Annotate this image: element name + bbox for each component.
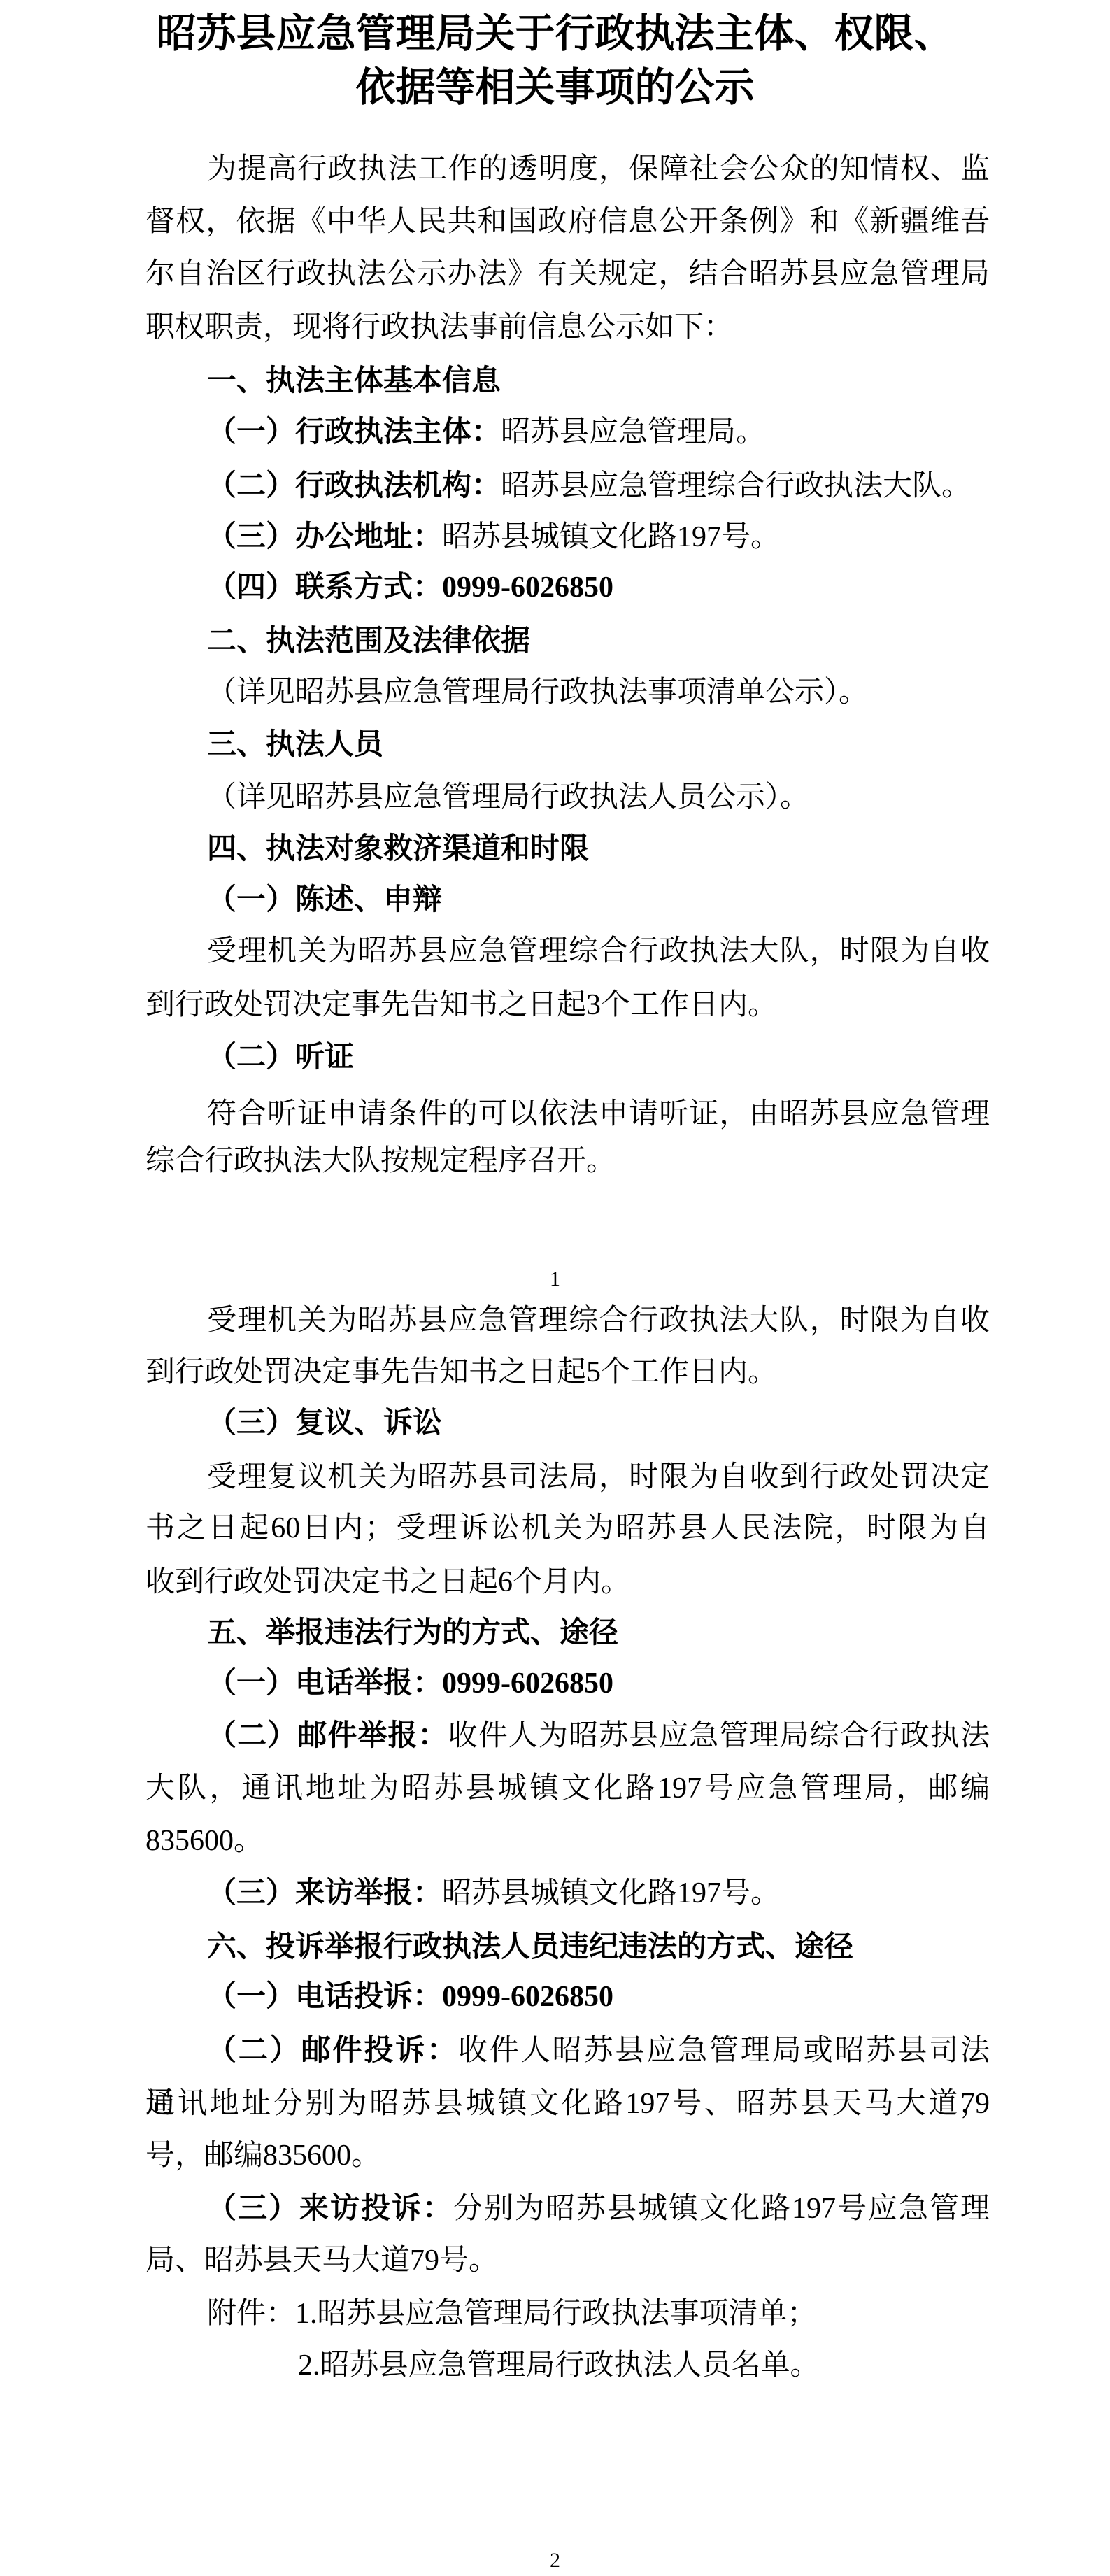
text-line: 为提高行政执法工作的透明度，保障社会公众的知情权、监 — [145, 143, 990, 196]
body-text: （详见昭苏县应急管理局行政执法人员公示）。 — [207, 781, 809, 813]
text-line: （三）来访投诉：分别为昭苏县城镇文化路197号应急管理 — [145, 2183, 990, 2235]
text-line: 收到行政处罚决定书之日起6个月内。 — [145, 1556, 990, 1609]
text-line: 书之日起60日内；受理诉讼机关为昭苏县人民法院，时限为自 — [145, 1502, 990, 1555]
body-text: 昭苏县城镇文化路197号。 — [442, 521, 780, 553]
body-text: 为提高行政执法工作的透明度，保障社会公众的知情权、监 — [207, 153, 990, 185]
document-page: 昭苏县应急管理局关于行政执法主体、权限、 依据等相关事项的公示 为提高行政执法工… — [0, 0, 1110, 2576]
body-text: 到行政处罚决定事先告知书之日起5个工作日内。 — [145, 1356, 777, 1388]
body-text: 收到行政处罚决定书之日起6个月内。 — [145, 1566, 630, 1598]
text-line: （三）复议、诉讼 — [145, 1397, 990, 1450]
bold-label-text: （三）办公地址： — [207, 521, 442, 553]
text-line: 督权，依据《中华人民共和国政府信息公开条例》和《新疆维吾 — [145, 196, 990, 248]
body-text: 尔自治区行政执法公示办法》有关规定，结合昭苏县应急管理局 — [145, 258, 990, 290]
body-text: 符合听证申请条件的可以依法申请听证，由昭苏县应急管理 — [207, 1098, 990, 1130]
body-text: 受理复议机关为昭苏县司法局，时限为自收到行政处罚决定 — [207, 1461, 990, 1493]
section-heading: 五、举报违法行为的方式、途径 — [145, 1606, 990, 1660]
bold-label-text: （三）来访举报： — [207, 1877, 442, 1909]
text-line: 号，邮编835600。 — [145, 2130, 990, 2182]
page-number-text: 1 — [550, 1267, 560, 1290]
text-line: 综合行政执法大队按规定程序召开。 — [145, 1135, 990, 1188]
bold-label-text: （一）陈述、申辩 — [207, 884, 442, 916]
text-line: 局、昭苏县天马大道79号。 — [145, 2235, 990, 2287]
section-heading: 六、投诉举报行政执法人员违纪违法的方式、途径 — [145, 1920, 990, 1974]
bold-label-text: （一）电话举报：0999-6026850 — [207, 1667, 613, 1700]
body-text: 昭苏县城镇文化路197号。 — [442, 1877, 780, 1909]
bold-label-text: （二）听证 — [207, 1041, 354, 1074]
text-line: 到行政处罚决定事先告知书之日起3个工作日内。 — [145, 979, 990, 1032]
body-text: 昭苏县应急管理综合行政执法大队。 — [501, 470, 971, 502]
body-text: 附件：1.昭苏县应急管理局行政执法事项清单； — [207, 2298, 817, 2330]
bold-label-text: （三）来访投诉： — [207, 2193, 453, 2225]
body-text: 局、昭苏县天马大道79号。 — [145, 2244, 498, 2277]
section-heading-text: 五、举报违法行为的方式、途径 — [207, 1616, 618, 1649]
bold-label-text: （三）复议、诉讼 — [207, 1407, 442, 1439]
text-line: 2.昭苏县应急管理局行政执法人员名单。 — [145, 2340, 990, 2392]
text-line: （一）电话投诉：0999-6026850 — [145, 1971, 990, 2023]
body-text: 到行政处罚决定事先告知书之日起3个工作日内。 — [145, 989, 777, 1021]
text-line: （详见昭苏县应急管理局行政执法人员公示）。 — [145, 771, 990, 824]
text-line: 受理机关为昭苏县应急管理综合行政执法大队，时限为自收 — [145, 925, 990, 978]
body-text: 书之日起60日内；受理诉讼机关为昭苏县人民法院，时限为自 — [145, 1512, 990, 1544]
bold-label-text: （二）邮件投诉： — [207, 2035, 458, 2067]
text-line: （详见昭苏县应急管理局行政执法事项清单公示）。 — [145, 667, 990, 719]
bold-label-text: （二）行政执法机构： — [207, 470, 501, 502]
text-line: （一）行政执法主体：昭苏县应急管理局。 — [145, 406, 990, 459]
text-line: 835600。 — [145, 1815, 990, 1867]
body-text: 职权职责，现将行政执法事前信息公示如下： — [145, 311, 733, 343]
text-line: （三）来访举报：昭苏县城镇文化路197号。 — [145, 1867, 990, 1920]
body-text: 分别为昭苏县城镇文化路197号应急管理 — [453, 2193, 990, 2225]
text-line: 到行政处罚决定事先告知书之日起5个工作日内。 — [145, 1346, 990, 1399]
section-heading: 一、执法主体基本信息 — [145, 354, 990, 408]
section-heading-text: 六、投诉举报行政执法人员违纪违法的方式、途径 — [207, 1930, 853, 1963]
section-heading-text: 二、执法范围及法律依据 — [207, 624, 530, 657]
text-line: 受理机关为昭苏县应急管理综合行政执法大队，时限为自收 — [145, 1295, 990, 1347]
text-line: （一）电话举报：0999-6026850 — [145, 1658, 990, 1710]
text-line: 受理复议机关为昭苏县司法局，时限为自收到行政处罚决定 — [145, 1451, 990, 1504]
text-line: 附件：1.昭苏县应急管理局行政执法事项清单； — [145, 2288, 990, 2340]
section-heading-text: 一、执法主体基本信息 — [207, 364, 501, 397]
bold-label-text: （二）邮件举报： — [207, 1720, 448, 1752]
text-line: （三）办公地址：昭苏县城镇文化路197号。 — [145, 511, 990, 564]
body-text: 受理机关为昭苏县应急管理综合行政执法大队，时限为自收 — [207, 1304, 990, 1337]
text-line: 符合听证申请条件的可以依法申请听证，由昭苏县应急管理 — [145, 1088, 990, 1141]
bold-label-text: （四）联系方式：0999-6026850 — [207, 571, 613, 604]
text-line: （一）陈述、申辩 — [145, 874, 990, 927]
document-title: 昭苏县应急管理局关于行政执法主体、权限、 依据等相关事项的公示 — [0, 7, 1110, 115]
section-heading-text: 三、执法人员 — [207, 727, 383, 760]
body-text: 号，邮编835600。 — [145, 2140, 380, 2172]
page-number: 1 — [0, 1263, 1110, 1295]
section-heading: 二、执法范围及法律依据 — [145, 614, 990, 668]
section-heading: 四、执法对象救济渠道和时限 — [145, 822, 990, 876]
text-line: 大队，通讯地址为昭苏县城镇文化路197号应急管理局，邮编 — [145, 1763, 990, 1815]
body-text: 督权，依据《中华人民共和国政府信息公开条例》和《新疆维吾 — [145, 206, 990, 238]
section-heading-text: 四、执法对象救济渠道和时限 — [207, 832, 589, 864]
text-line: 职权职责，现将行政执法事前信息公示如下： — [145, 301, 990, 354]
body-text: 昭苏县应急管理局。 — [501, 416, 765, 448]
bold-label-text: （一）行政执法主体： — [207, 416, 501, 448]
text-line: 尔自治区行政执法公示办法》有关规定，结合昭苏县应急管理局 — [145, 248, 990, 301]
text-line: 通讯地址分别为昭苏县城镇文化路197号、昭苏县天马大道79 — [145, 2078, 990, 2130]
text-line: （四）联系方式：0999-6026850 — [145, 562, 990, 614]
text-line: （二）行政执法机构：昭苏县应急管理综合行政执法大队。 — [145, 460, 990, 513]
body-text: 835600。 — [145, 1825, 263, 1857]
title-line-1: 昭苏县应急管理局关于行政执法主体、权限、 — [0, 7, 1110, 61]
title-line-2: 依据等相关事项的公示 — [0, 61, 1110, 115]
text-line: （二）邮件举报：收件人为昭苏县应急管理局综合行政执法 — [145, 1710, 990, 1763]
text-line: （二）听证 — [145, 1032, 990, 1084]
bold-label-text: （一）电话投诉：0999-6026850 — [207, 1981, 613, 2013]
body-text: 大队，通讯地址为昭苏县城镇文化路197号应急管理局，邮编 — [145, 1772, 990, 1805]
body-text: 2.昭苏县应急管理局行政执法人员名单。 — [298, 2349, 820, 2382]
body-text: 通讯地址分别为昭苏县城镇文化路197号、昭苏县天马大道79 — [145, 2088, 990, 2120]
section-heading: 三、执法人员 — [145, 718, 990, 771]
body-text: 收件人为昭苏县应急管理局综合行政执法 — [448, 1720, 990, 1752]
body-text: 综合行政执法大队按规定程序召开。 — [145, 1145, 616, 1177]
page-number: 2 — [0, 2545, 1110, 2576]
body-text: 受理机关为昭苏县应急管理综合行政执法大队，时限为自收 — [207, 935, 990, 967]
page-number-text: 2 — [550, 2549, 560, 2572]
body-text: （详见昭苏县应急管理局行政执法事项清单公示）。 — [207, 676, 868, 709]
